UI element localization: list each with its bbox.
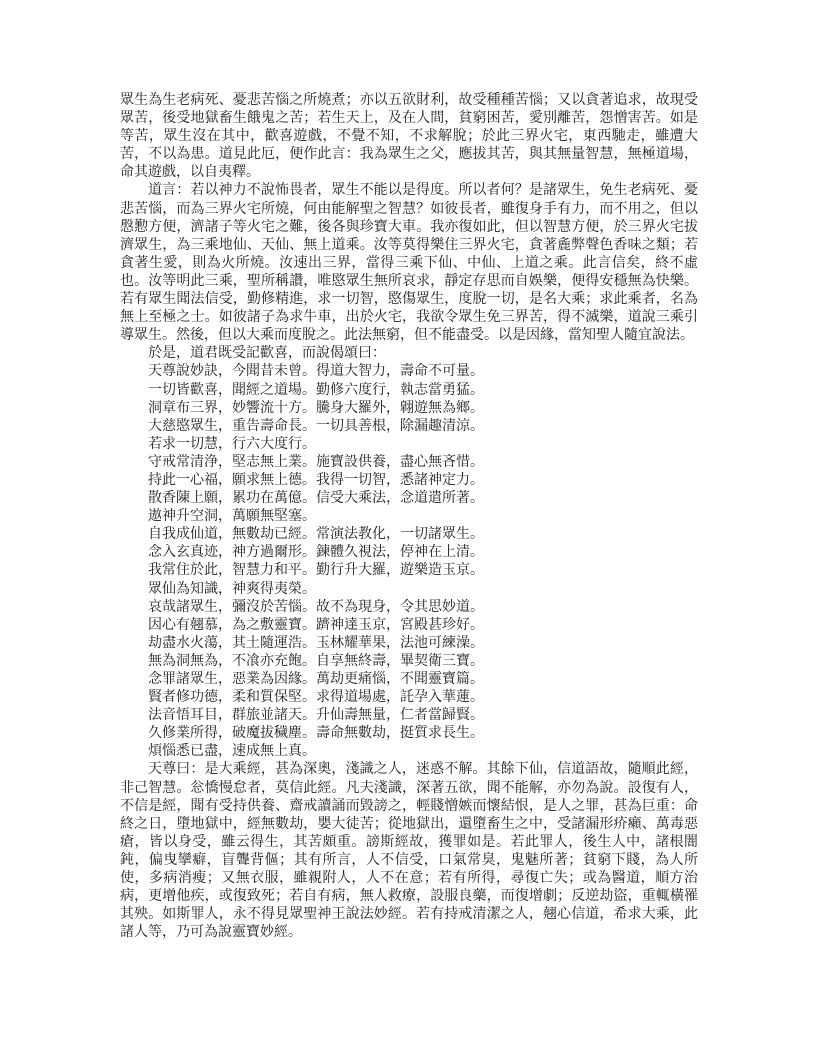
verse-line: 煩惱悉已盡，速成無上真。 [120,743,698,761]
verse-line: 洞章布三界，妙響流十方。騰身大羅外，翺遊無為鄉。 [120,400,698,418]
verse-line: 無為洞無為，不飡亦充飽。自享無終壽，畢契衛三寶。 [120,653,698,671]
verse-line: 哀哉諸眾生，彌沒於苦惱。故不為現身，令其思妙道。 [120,599,698,617]
document-page: 眾生為生老病死、憂悲苦惱之所燒煮；亦以五欲財利，故受種種苦惱；又以貪著追求，故現… [0,0,816,1056]
verse-line: 一切皆歡喜，聞經之道場。勤修六度行，執志當勇猛。 [120,382,698,400]
verse-line: 念入玄真迹，神方過爾形。鍊體久視法，停神在上清。 [120,544,698,562]
verse-line: 賢者修功德，柔和質保堅。求得道場處，託孕入華蓮。 [120,689,698,707]
verse-line: 天尊說妙訣，今聞昔未曾。得道大智力，壽命不可量。 [120,363,698,381]
verse-line: 念罪諸眾生，惡業為因緣。萬劫更痛惱，不聞靈寶篇。 [120,671,698,689]
verse-line: 眾仙為知識，神爽得夷榮。 [120,581,698,599]
verse-line: 遨神升空洞，萬願無堅塞。 [120,508,698,526]
verse-line: 若求一切慧，行六大度行。 [120,436,698,454]
verse-line: 守戒常清浄，堅志無上業。施寶設供養，盡心無吝惜。 [120,454,698,472]
paragraph: 於是，道君既受記歡喜，而說偈頌曰： [120,345,698,363]
verse-line: 劫盡水火蕩，其土隨運浩。玉林耀華果，法池可練澡。 [120,635,698,653]
scripture-text-block: 眾生為生老病死、憂悲苦惱之所燒煮；亦以五欲財利，故受種種苦惱；又以貪著追求，故現… [120,92,698,942]
verse-line: 我常住於此，智慧力和平。勤行升大羅，遊樂造玉京。 [120,562,698,580]
verse-line: 法音悟耳目，群旅並諸天。升仙壽無量，仁者當歸賢。 [120,707,698,725]
paragraph: 道言：若以神力不說怖畏者，眾生不能以是得度。所以者何？是諸眾生，免生老病死、憂悲… [120,182,698,345]
verse-line: 久修業所得，破魔拔穢塵。壽命無數劫，挺質求長生。 [120,725,698,743]
verse-line: 大慈愍眾生，重告壽命長。一切具善根，除漏趣清涼。 [120,418,698,436]
verse-line: 因心有翹慕，為之敷靈寶。躋神達玉京，宮殿甚珍好。 [120,617,698,635]
paragraph: 天尊曰：是大乘經，甚為深奧，淺識之人，迷惑不解。其餘下仙，信道語故，隨順此經，非… [120,761,698,942]
paragraph: 眾生為生老病死、憂悲苦惱之所燒煮；亦以五欲財利，故受種種苦惱；又以貪著追求，故現… [120,92,698,182]
verse-line: 持此一心福，願求無上德。我得一切智，悉諸神定力。 [120,472,698,490]
verse-line: 自我成仙道，無數劫已經。常演法教化，一切諸眾生。 [120,526,698,544]
verse-line: 散香陳上願，累功在萬億。信受大乘法，念道遣所著。 [120,490,698,508]
verse-group: 天尊說妙訣，今聞昔未曾。得道大智力，壽命不可量。一切皆歡喜，聞經之道場。勤修六度… [120,363,698,761]
